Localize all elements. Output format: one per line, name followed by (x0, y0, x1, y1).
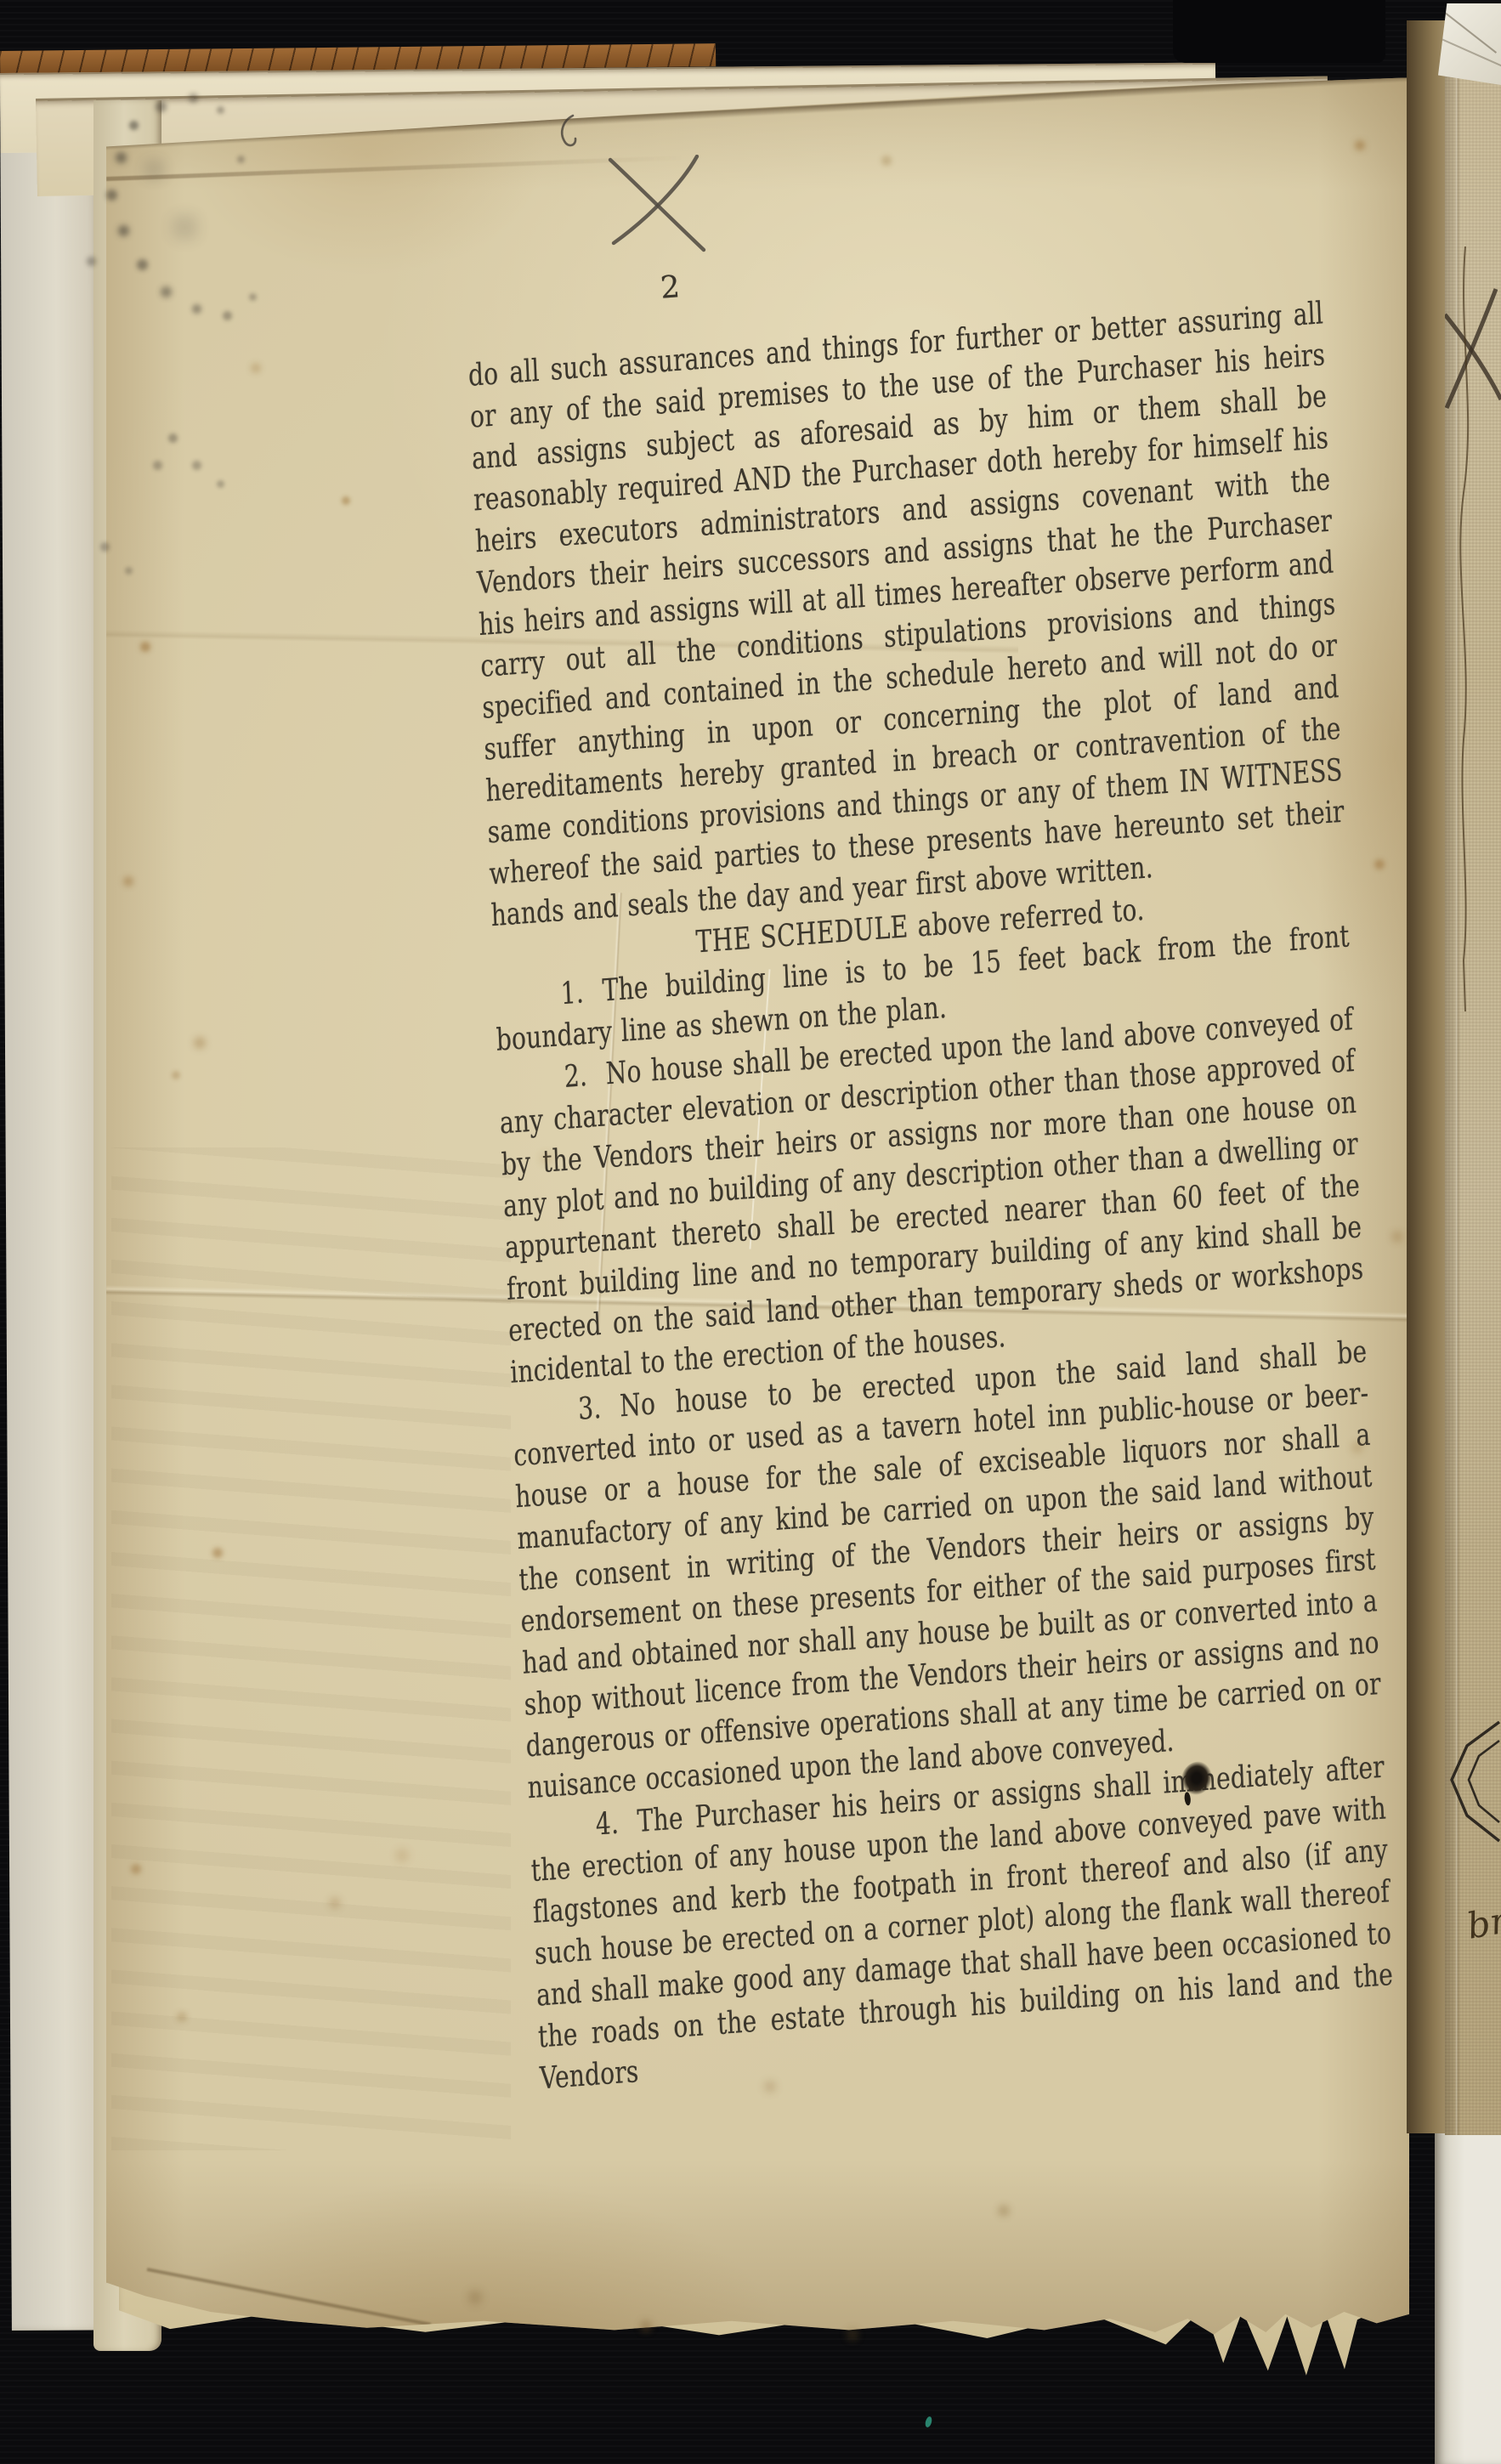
hexagon-doodle (1445, 1715, 1501, 1851)
page-top-edge-seam (106, 156, 684, 181)
covenant-paragraph: do all such assurances and things for fu… (467, 292, 1347, 937)
item-text: The Purchaser his heirs or assigns shall… (530, 1750, 1394, 2097)
book-photo: 2 do all such assurances and things for … (0, 0, 1501, 2464)
item-number: 4. (595, 1806, 620, 1843)
item-text: No house shall be erected upon the land … (499, 1002, 1364, 1391)
cover-spine-bump (1173, 0, 1385, 63)
item-text: No house to be erected upon the said lan… (513, 1334, 1382, 1805)
verso-show-through (111, 1147, 511, 2150)
white-page-strip (1435, 2089, 1501, 2464)
page-gutter-shadow (1407, 20, 1449, 2133)
pencil-curl-mark (556, 112, 581, 155)
schedule-item-4: 4.The Purchaser his heirs or assigns sha… (529, 1747, 1396, 2100)
item-number: 3. (577, 1391, 602, 1427)
folded-paper-corner (1438, 3, 1501, 85)
document-page: 2 do all such assurances and things for … (106, 76, 1409, 2339)
item-number: 2. (564, 1058, 588, 1095)
thread-crease-line (1445, 246, 1496, 1011)
x-pencil-mark (605, 155, 717, 258)
page-number: 2 (660, 269, 682, 305)
margin-note-handwriting: bro (1464, 1895, 1501, 1947)
schedule-item-2: 2.No house shall be erected upon the lan… (497, 999, 1366, 1394)
foxing-stains (0, 0, 5, 5)
item-number: 1. (560, 975, 585, 1011)
schedule-item-3: 3.No house to be erected upon the said l… (511, 1331, 1383, 1809)
printed-text-block: do all such assurances and things for fu… (467, 292, 1396, 2099)
teal-fleck (924, 2416, 932, 2427)
facing-leaf: bro (1445, 51, 1501, 2135)
embossed-stamp-smudge (208, 208, 212, 212)
